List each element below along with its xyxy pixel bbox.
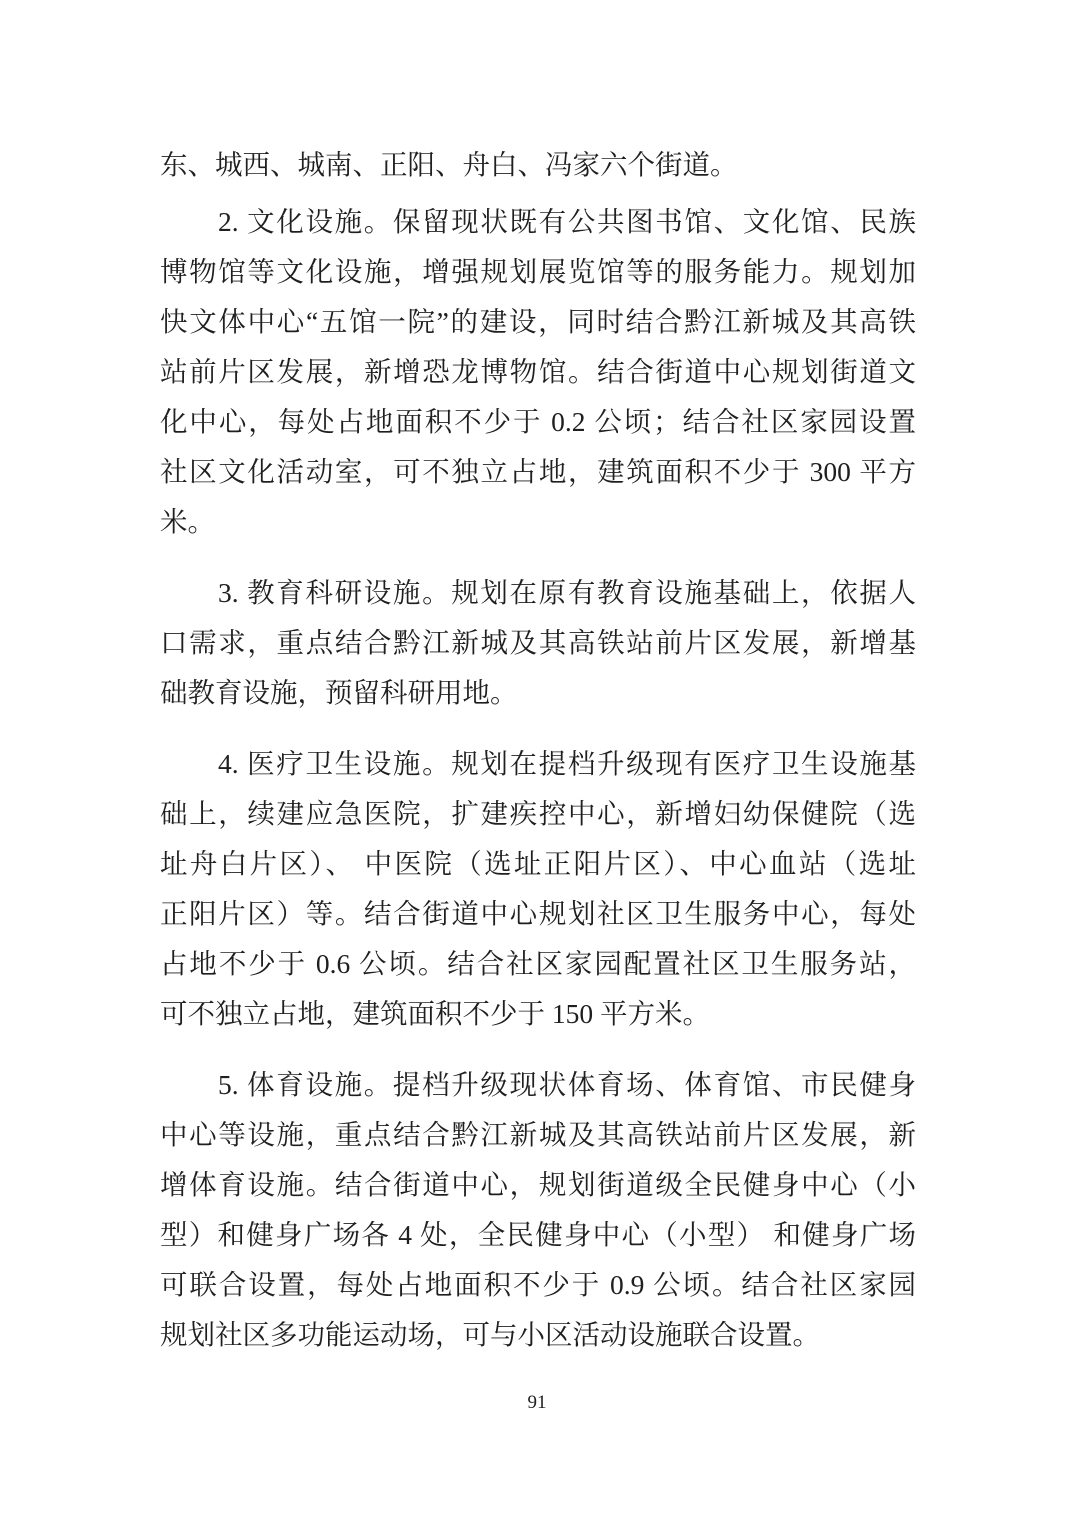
text-line: 型）和健身广场各 4 处，全民健身中心（小型） 和健身广场 <box>160 1210 916 1260</box>
text-line: 社区文化活动室，可不独立占地，建筑面积不少于 300 平方 <box>160 447 916 497</box>
paragraph-continuation: 东、城西、城南、正阳、舟白、冯家六个街道。 <box>160 140 916 190</box>
text-line: 占地不少于 0.6 公顷。结合社区家园配置社区卫生服务站， <box>160 939 916 989</box>
text-line: 米。 <box>160 497 916 547</box>
text-line: 快文体中心“五馆一院”的建设，同时结合黔江新城及其高铁 <box>160 297 916 347</box>
text-line: 2. 文化设施。保留现状既有公共图书馆、文化馆、民族 <box>160 197 916 247</box>
paragraph-item-2-culture: 2. 文化设施。保留现状既有公共图书馆、文化馆、民族博物馆等文化设施，增强规划展… <box>160 197 916 547</box>
text-line: 础上，续建应急医院，扩建疾控中心，新增妇幼保健院（选 <box>160 789 916 839</box>
paragraph-item-3-education: 3. 教育科研设施。规划在原有教育设施基础上，依据人口需求，重点结合黔江新城及其… <box>160 568 916 718</box>
text-line: 可联合设置，每处占地面积不少于 0.9 公顷。结合社区家园 <box>160 1260 916 1310</box>
text-line: 博物馆等文化设施，增强规划展览馆等的服务能力。规划加 <box>160 247 916 297</box>
text-line: 口需求，重点结合黔江新城及其高铁站前片区发展，新增基 <box>160 618 916 668</box>
text-line: 5. 体育设施。提档升级现状体育场、体育馆、市民健身 <box>160 1060 916 1110</box>
text-line: 化中心，每处占地面积不少于 0.2 公顷；结合社区家园设置 <box>160 397 916 447</box>
text-line: 正阳片区）等。结合街道中心规划社区卫生服务中心，每处 <box>160 889 916 939</box>
paragraph-item-4-health: 4. 医疗卫生设施。规划在提档升级现有医疗卫生设施基础上，续建应急医院，扩建疾控… <box>160 739 916 1039</box>
text-line: 础教育设施，预留科研用地。 <box>160 668 916 718</box>
text-line: 3. 教育科研设施。规划在原有教育设施基础上，依据人 <box>160 568 916 618</box>
text-line: 东、城西、城南、正阳、舟白、冯家六个街道。 <box>160 140 916 190</box>
paragraph-item-5-sports: 5. 体育设施。提档升级现状体育场、体育馆、市民健身中心等设施，重点结合黔江新城… <box>160 1060 916 1360</box>
text-line: 规划社区多功能运动场，可与小区活动设施联合设置。 <box>160 1310 916 1360</box>
text-line: 址舟白片区）、 中医院（选址正阳片区）、中心血站（选址 <box>160 839 916 889</box>
text-line: 4. 医疗卫生设施。规划在提档升级现有医疗卫生设施基 <box>160 739 916 789</box>
text-line: 增体育设施。结合街道中心，规划街道级全民健身中心（小 <box>160 1160 916 1210</box>
page-number: 91 <box>0 1392 1074 1414</box>
text-line: 站前片区发展，新增恐龙博物馆。结合街道中心规划街道文 <box>160 347 916 397</box>
document-page: 东、城西、城南、正阳、舟白、冯家六个街道。2. 文化设施。保留现状既有公共图书馆… <box>0 0 1074 1520</box>
document-body: 东、城西、城南、正阳、舟白、冯家六个街道。2. 文化设施。保留现状既有公共图书馆… <box>160 140 916 1360</box>
text-line: 中心等设施，重点结合黔江新城及其高铁站前片区发展，新 <box>160 1110 916 1160</box>
text-line: 可不独立占地，建筑面积不少于 150 平方米。 <box>160 989 916 1039</box>
